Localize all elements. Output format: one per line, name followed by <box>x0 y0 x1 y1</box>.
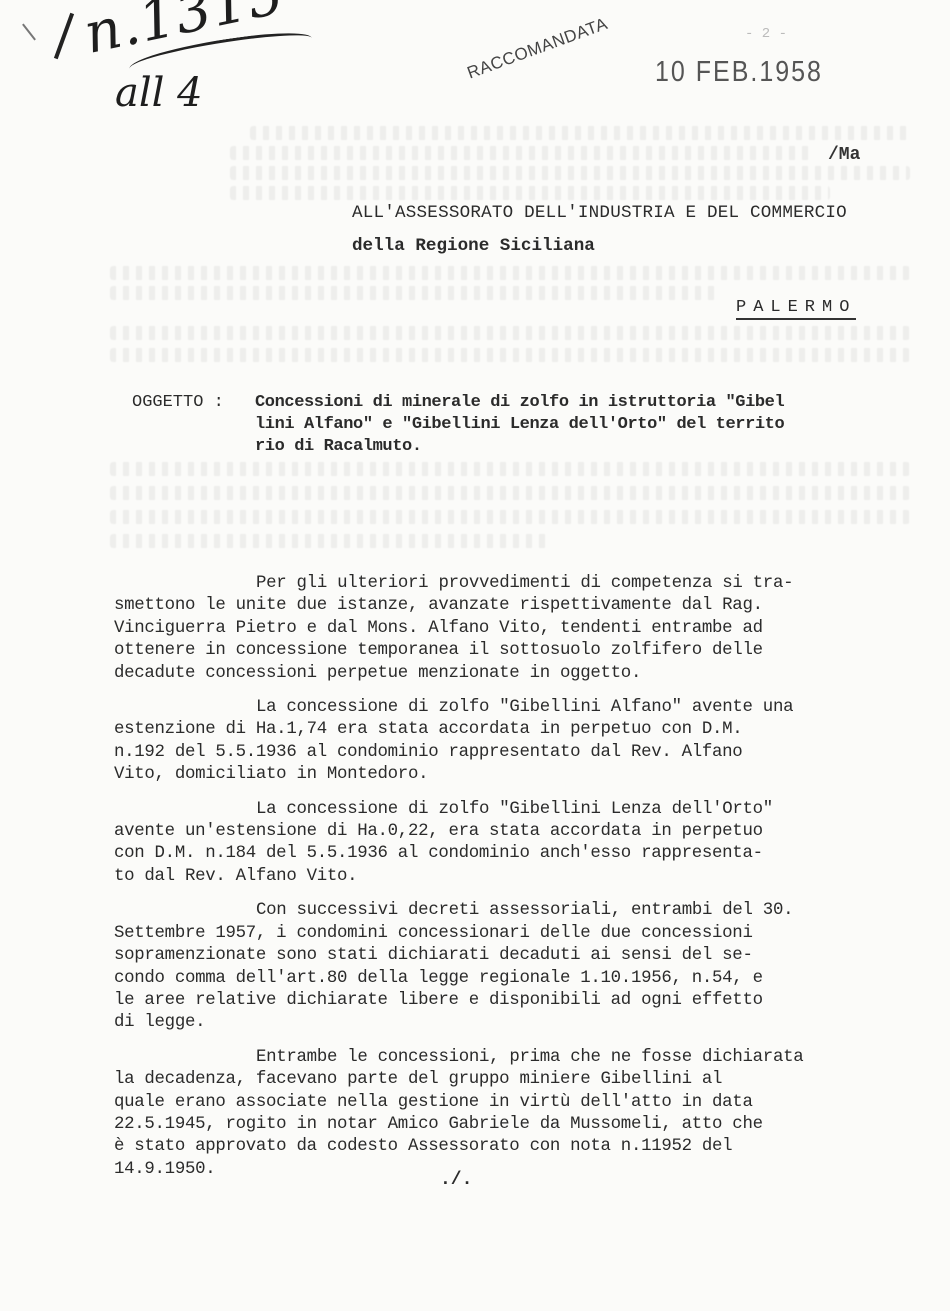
bleed-through <box>110 348 910 362</box>
text-line: di legge. <box>114 1012 803 1034</box>
document-page: n.1315 all 4 RACCOMANDATA 10 FEB.1958 - … <box>0 0 950 1311</box>
text-line: condo comma dell'art.80 della legge regi… <box>114 968 803 990</box>
handwritten-attachment-note: all 4 <box>115 70 203 116</box>
text-line: Vito, domiciliato in Montedoro. <box>114 764 803 786</box>
text-line: sopramenzionate sono stati dichiarati de… <box>114 945 803 967</box>
text-line: La concessione di zolfo "Gibellini Alfan… <box>114 697 803 719</box>
handwritten-tick <box>22 24 36 41</box>
text-line: Settembre 1957, i condomini concessionar… <box>114 923 803 945</box>
bleed-through <box>110 462 910 476</box>
text-line: estenzione di Ha.1,74 era stata accordat… <box>114 719 803 741</box>
handwritten-slash <box>54 13 74 59</box>
paragraph: La concessione di zolfo "Gibellini Alfan… <box>114 697 803 787</box>
paragraph: Entrambe le concessioni, prima che ne fo… <box>114 1047 803 1181</box>
subject-line: Concessioni di minerale di zolfo in istr… <box>255 392 950 414</box>
paragraph: Con successivi decreti assessoriali, ent… <box>114 900 803 1034</box>
bleed-through <box>110 286 720 300</box>
text-line: decadute concessioni perpetue menzionate… <box>114 663 803 685</box>
text-line: è stato approvato da codesto Assessorato… <box>114 1136 803 1158</box>
reference-initials: /Ma <box>828 145 860 165</box>
paragraph: La concessione di zolfo "Gibellini Lenza… <box>114 799 803 889</box>
bleed-through <box>230 166 910 180</box>
text-line: La concessione di zolfo "Gibellini Lenza… <box>114 799 803 821</box>
page-marker: - 2 - <box>745 26 787 42</box>
text-line: Vinciguerra Pietro e dal Mons. Alfano Vi… <box>114 618 803 640</box>
text-line: 22.5.1945, rogito in notar Amico Gabriel… <box>114 1114 803 1136</box>
registered-mail-stamp: RACCOMANDATA <box>465 14 611 83</box>
subject-line: rio di Racalmuto. <box>255 436 950 458</box>
text-line: n.192 del 5.5.1936 al condominio rappres… <box>114 742 803 764</box>
bleed-through <box>110 326 910 340</box>
text-line: avente un'estensione di Ha.0,22, era sta… <box>114 821 803 843</box>
subject-line: lini Alfano" e "Gibellini Lenza dell'Ort… <box>255 414 950 436</box>
text-line: Con successivi decreti assessoriali, ent… <box>114 900 803 922</box>
text-line: Entrambe le concessioni, prima che ne fo… <box>114 1047 803 1069</box>
recipient-line-2: della Regione Siciliana <box>352 236 595 256</box>
bleed-through <box>230 186 830 200</box>
recipient-line-1: ALL'ASSESSORATO DELL'INDUSTRIA E DEL COM… <box>352 203 847 223</box>
bleed-through <box>110 510 910 524</box>
bleed-through <box>110 266 910 280</box>
bleed-through <box>110 534 550 548</box>
bleed-through <box>110 486 910 500</box>
text-line: to dal Rev. Alfano Vito. <box>114 866 803 888</box>
text-line: la decadenza, facevano parte del gruppo … <box>114 1069 803 1091</box>
date-stamp: 10 FEB.1958 <box>655 56 823 89</box>
continuation-mark: ./. <box>440 1170 472 1190</box>
subject-text: Concessioni di minerale di zolfo in istr… <box>255 392 950 458</box>
recipient-city: PALERMO <box>736 298 856 320</box>
subject-label: OGGETTO : <box>132 392 224 414</box>
text-line: Per gli ulteriori provvedimenti di compe… <box>114 573 803 595</box>
letter-body: Per gli ulteriori provvedimenti di compe… <box>114 573 803 1193</box>
text-line: con D.M. n.184 del 5.5.1936 al condomini… <box>114 843 803 865</box>
bleed-through <box>230 146 810 160</box>
bleed-through <box>250 126 910 140</box>
paragraph: Per gli ulteriori provvedimenti di compe… <box>114 573 803 685</box>
text-line: smettono le unite due istanze, avanzate … <box>114 595 803 617</box>
text-line: ottenere in concessione temporanea il so… <box>114 640 803 662</box>
text-line: le aree relative dichiarate libere e dis… <box>114 990 803 1012</box>
text-line: quale erano associate nella gestione in … <box>114 1092 803 1114</box>
